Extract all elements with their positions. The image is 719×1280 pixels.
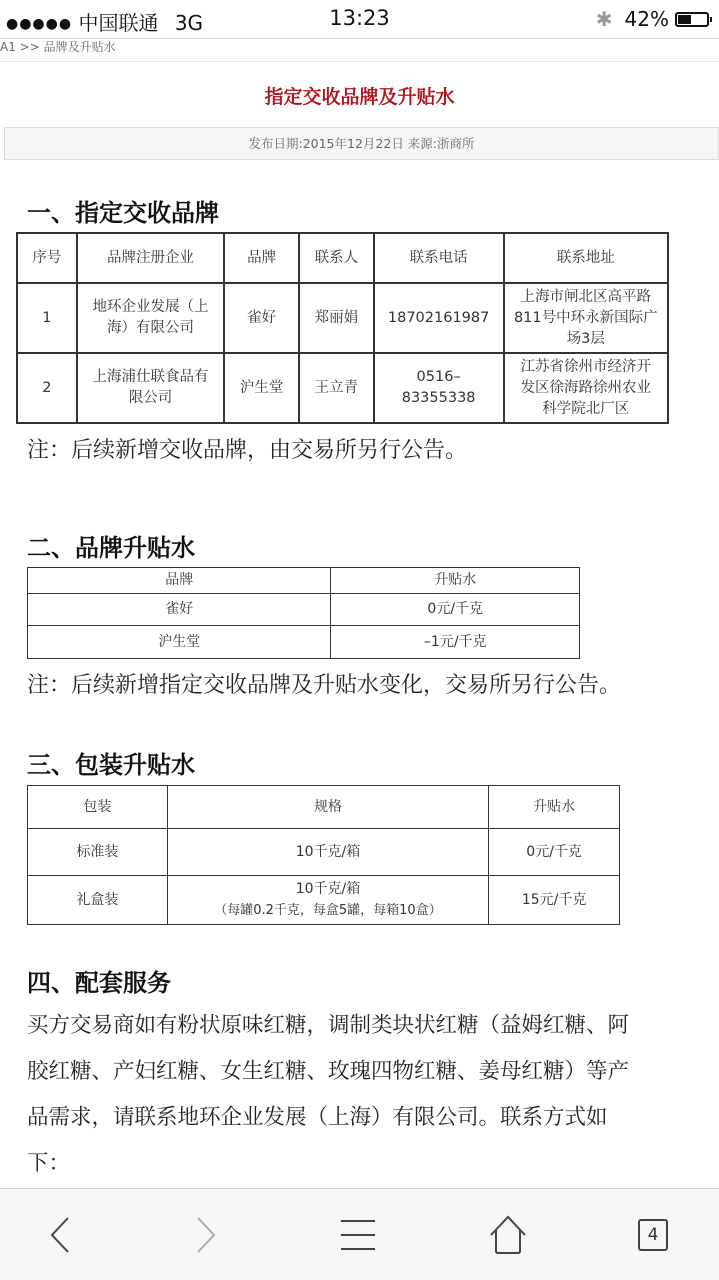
- contact-cell: 王立青: [299, 353, 374, 423]
- home-button[interactable]: [478, 1189, 538, 1280]
- phone-cell: 0516–83355338: [374, 353, 504, 423]
- chevron-right-icon: [194, 1215, 218, 1255]
- header-cell: 序号: [17, 233, 77, 283]
- bluetooth-icon: ✱: [596, 7, 613, 31]
- browser-toolbar: 4: [0, 1188, 719, 1280]
- header-cell: 联系人: [299, 233, 374, 283]
- section-heading-brands: 一、指定交收品牌: [27, 193, 219, 228]
- header-cell: 联系电话: [374, 233, 504, 283]
- services-paragraph: 买方交易商如有粉状原味红糖，调制类块状红糖（益姆红糖、阿 胶红糖、产妇红糖、女生…: [27, 1003, 719, 1187]
- divider: [0, 61, 719, 62]
- premium-cell: –1元/千克: [331, 626, 580, 659]
- premium-cell: 0元/千克: [331, 594, 580, 626]
- company-cell: 地环企业发展（上海）有限公司: [77, 283, 224, 353]
- chevron-left-icon: [48, 1215, 72, 1255]
- home-icon: [488, 1215, 528, 1255]
- spec-cell: 10千克/箱（每罐0.2千克，每盒5罐，每箱10盒）: [167, 876, 488, 925]
- table-row: 雀好 0元/千克: [28, 594, 580, 626]
- package-cell: 标准装: [28, 829, 168, 876]
- header-cell: 品牌: [224, 233, 299, 283]
- page-title: 指定交收品牌及升贴水: [0, 82, 719, 109]
- brand-cell: 沪生堂: [28, 626, 331, 659]
- phone-cell: 18702161987: [374, 283, 504, 353]
- menu-button[interactable]: [328, 1189, 388, 1280]
- header-cell: 规格: [167, 786, 488, 829]
- section-heading-package-premium: 三、包装升贴水: [27, 745, 195, 780]
- section-heading-brand-premium: 二、品牌升贴水: [27, 528, 195, 563]
- header-cell: 品牌: [28, 568, 331, 594]
- table-row: 2 上海浦仕联食品有限公司 沪生堂 王立青 0516–83355338 江苏省徐…: [17, 353, 668, 423]
- menu-icon: [340, 1218, 376, 1252]
- brands-note: 注：后续新增交收品牌，由交易所另行公告。: [27, 433, 467, 464]
- status-bar: ●●●●● 中国联通 3G 13:23 ✱ 42%: [0, 0, 719, 38]
- brand-cell: 沪生堂: [224, 353, 299, 423]
- address-cell: 上海市闸北区高平路811号中环永新国际广场3层: [504, 283, 668, 353]
- forward-button[interactable]: [176, 1189, 236, 1280]
- table-header-row: 品牌 升贴水: [28, 568, 580, 594]
- company-cell: 上海浦仕联食品有限公司: [77, 353, 224, 423]
- back-button[interactable]: [30, 1189, 90, 1280]
- tabs-button[interactable]: 4: [623, 1189, 683, 1280]
- table-header-row: 序号 品牌注册企业 品牌 联系人 联系电话 联系地址: [17, 233, 668, 283]
- package-premium-table: 包装 规格 升贴水 标准装 10千克/箱 0元/千克 礼盒装 10千克/箱（每罐…: [27, 785, 620, 925]
- brand-premium-note: 注：后续新增指定交收品牌及升贴水变化，交易所另行公告。: [27, 668, 621, 699]
- row-number: 2: [17, 353, 77, 423]
- premium-cell: 0元/千克: [489, 829, 620, 876]
- battery-icon: [675, 12, 709, 27]
- contact-cell: 郑丽娟: [299, 283, 374, 353]
- header-cell: 包装: [28, 786, 168, 829]
- brand-premium-table: 品牌 升贴水 雀好 0元/千克 沪生堂 –1元/千克: [27, 567, 580, 659]
- row-number: 1: [17, 283, 77, 353]
- brand-cell: 雀好: [224, 283, 299, 353]
- breadcrumb[interactable]: A1 >> 品牌及升贴水: [0, 38, 719, 59]
- brand-cell: 雀好: [28, 594, 331, 626]
- header-cell: 联系地址: [504, 233, 668, 283]
- table-header-row: 包装 规格 升贴水: [28, 786, 620, 829]
- section-heading-services: 四、配套服务: [27, 963, 171, 998]
- package-cell: 礼盒装: [28, 876, 168, 925]
- table-row: 标准装 10千克/箱 0元/千克: [28, 829, 620, 876]
- table-row: 沪生堂 –1元/千克: [28, 626, 580, 659]
- publish-meta: 发布日期:2015年12月22日 来源:浙商所: [4, 127, 719, 160]
- header-cell: 升贴水: [489, 786, 620, 829]
- header-cell: 品牌注册企业: [77, 233, 224, 283]
- tabs-count-icon: 4: [638, 1219, 668, 1251]
- spec-cell: 10千克/箱: [167, 829, 488, 876]
- table-row: 1 地环企业发展（上海）有限公司 雀好 郑丽娟 18702161987 上海市闸…: [17, 283, 668, 353]
- address-cell: 江苏省徐州市经济开发区徐海路徐州农业科学院北厂区: [504, 353, 668, 423]
- table-row: 礼盒装 10千克/箱（每罐0.2千克，每盒5罐，每箱10盒） 15元/千克: [28, 876, 620, 925]
- premium-cell: 15元/千克: [489, 876, 620, 925]
- header-cell: 升贴水: [331, 568, 580, 594]
- brands-table: 序号 品牌注册企业 品牌 联系人 联系电话 联系地址 1 地环企业发展（上海）有…: [16, 232, 669, 424]
- battery-percent: 42%: [625, 7, 669, 31]
